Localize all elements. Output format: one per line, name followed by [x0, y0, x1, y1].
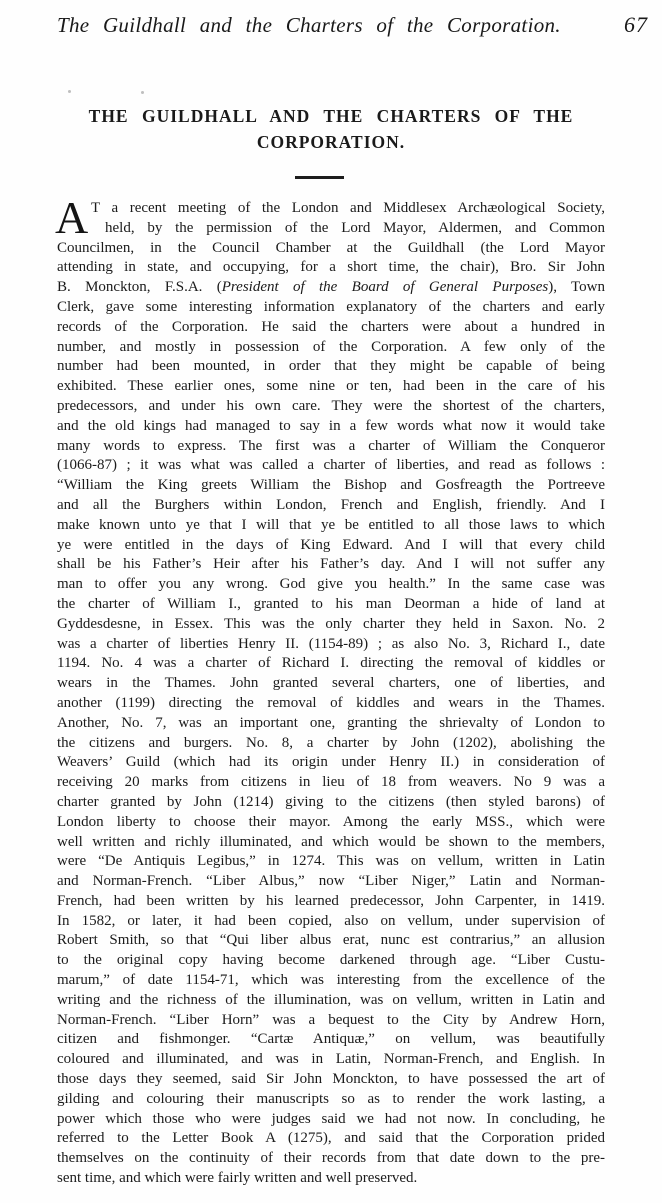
document-page: The Guildhall and the Charters of the Co…: [0, 0, 662, 1203]
text-line: gilding and colouring their manuscripts …: [57, 1090, 605, 1110]
text-line: exhibited. These earlier ones, some nine…: [57, 377, 605, 397]
text-line: well written and richly illuminated, and…: [57, 833, 605, 853]
article-title-line-2: CORPORATION.: [0, 132, 662, 153]
text-line: Gyddesdesne, in Essex. This was the only…: [57, 615, 605, 635]
text-line: themselves on the continuity of their re…: [57, 1149, 605, 1169]
text-line: charter granted by John (1214) giving to…: [57, 793, 605, 813]
text-segment: ), Town: [548, 279, 605, 295]
text-line: receiving 20 marks from citizens in lieu…: [57, 773, 605, 793]
text-line: records of the Corporation. He said the …: [57, 318, 605, 338]
text-line: Clerk, gave some interesting information…: [57, 298, 605, 318]
text-line: predecessors, and under his own care. Th…: [57, 397, 605, 417]
scan-speck: [141, 91, 144, 94]
text-line: Weavers’ Guild (which had its origin und…: [57, 753, 605, 773]
running-header: The Guildhall and the Charters of the Co…: [57, 12, 648, 38]
text-line: sent time, and which were fairly written…: [57, 1169, 605, 1189]
text-line: (1066-87) ; it was what was called a cha…: [57, 456, 605, 476]
text-line: London liberty to choose their mayor. Am…: [57, 813, 605, 833]
article-title: THE GUILDHALL AND THE CHARTERS OF THE CO…: [0, 106, 662, 153]
text-line: Norman-French. “Liber Horn” was a beques…: [57, 1011, 605, 1031]
text-line: Councilmen, in the Council Chamber at th…: [57, 239, 605, 259]
text-line: and the old kings had managed to say in …: [57, 417, 605, 437]
text-line: and Norman-French. “Liber Albus,” now “L…: [57, 872, 605, 892]
text-line: to the original copy having become darke…: [57, 951, 605, 971]
text-line: referred to the Letter Book A (1275), an…: [57, 1129, 605, 1149]
text-line: T a recent meeting of the London and Mid…: [57, 199, 605, 219]
text-line: ye were entitled in the days of King Edw…: [57, 536, 605, 556]
text-segment: B. Monckton, F.S.A. (: [57, 279, 222, 295]
text-line: B. Monckton, F.S.A. (President of the Bo…: [57, 278, 605, 298]
text-line: man to offer you any wrong. God give you…: [57, 575, 605, 595]
scan-speck: [68, 90, 71, 93]
text-line: were “De Antiquis Legibus,” in 1274. Thi…: [57, 852, 605, 872]
page-number: 67: [624, 12, 648, 38]
text-line: “William the King greets William the Bis…: [57, 476, 605, 496]
text-segment-italic: President of the Board of General Purpos…: [222, 279, 549, 295]
text-line: marum,” of date 1154-71, which was inter…: [57, 971, 605, 991]
text-line: shall be his Father’s Heir after his Fat…: [57, 555, 605, 575]
text-line: number had been mounted, in order that t…: [57, 357, 605, 377]
title-divider: [295, 176, 344, 179]
text-line: and all the Burghers within London, Fren…: [57, 496, 605, 516]
text-line: many words to express. The first was a c…: [57, 437, 605, 457]
text-line: writing and the richness of the illumina…: [57, 991, 605, 1011]
text-line: French, had been written by his learned …: [57, 892, 605, 912]
text-line: citizen and fishmonger. “Cartæ Antiquæ,”…: [57, 1030, 605, 1050]
body-text: A T a recent meeting of the London and M…: [57, 199, 605, 1189]
text-line: held, by the permission of the Lord Mayo…: [57, 219, 605, 239]
text-line: 1194. No. 4 was a charter of Richard I. …: [57, 654, 605, 674]
text-line: attending in state, and occupying, for a…: [57, 258, 605, 278]
text-line: coloured and illuminated, and was in Lat…: [57, 1050, 605, 1070]
text-line: those days they seemed, said Sir John Mo…: [57, 1070, 605, 1090]
text-line: power which those who were judges said w…: [57, 1110, 605, 1130]
text-line: the citizens and burgers. No. 8, a chart…: [57, 734, 605, 754]
text-line: In 1582, or later, it had been copied, a…: [57, 912, 605, 932]
running-header-title: The Guildhall and the Charters of the Co…: [57, 13, 561, 38]
drop-cap: A: [55, 196, 88, 240]
text-line: number, and mostly in possession of the …: [57, 338, 605, 358]
text-line: make known unto ye that I will that ye b…: [57, 516, 605, 536]
text-line: Robert Smith, so that “Qui liber albus e…: [57, 931, 605, 951]
text-line: was a charter of liberties Henry II. (11…: [57, 635, 605, 655]
text-line: Another, No. 7, was an important one, gr…: [57, 714, 605, 734]
text-line: wears in the Thames. John granted severa…: [57, 674, 605, 694]
text-line: the charter of William I., granted to hi…: [57, 595, 605, 615]
article-title-line-1: THE GUILDHALL AND THE CHARTERS OF THE: [0, 106, 662, 127]
text-line: another (1199) directing the removal of …: [57, 694, 605, 714]
